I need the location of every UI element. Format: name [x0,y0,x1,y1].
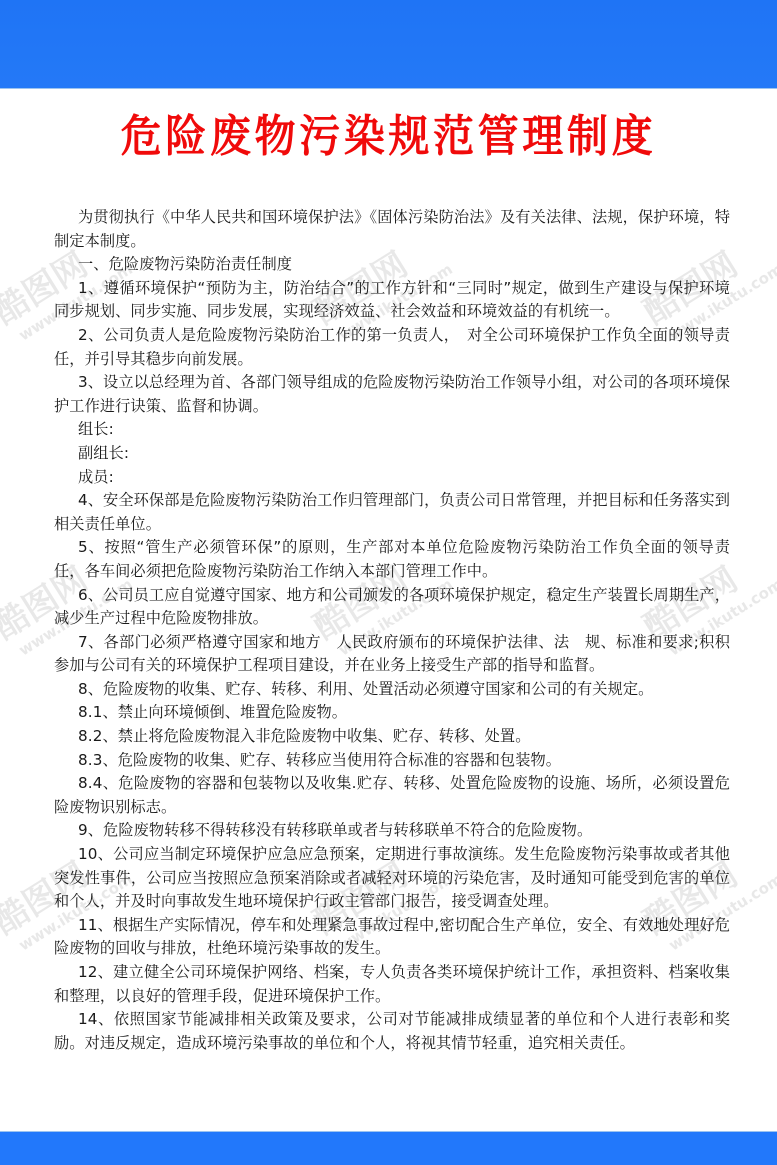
intro-paragraph: 为贯彻执行《中华人民共和国环境保护法》《固体污染防治法》及有关法律、法规，保护环… [54,206,730,253]
section-heading: 一、危险废物污染防治责任制度 [54,253,730,277]
document-body: 为贯彻执行《中华人民共和国环境保护法》《固体污染防治法》及有关法律、法规，保护环… [54,206,730,1055]
clause-3: 3、设立以总经理为首、各部门领导组成的危险废物污染防治工作领导小组，对公司的各项… [54,371,730,418]
clause-8-3: 8.3、危险废物的收集、贮存、转移应当使用符合标准的容器和包装物。 [54,749,730,773]
clause-10: 10、公司应当制定环境保护应急应急预案，定期进行事故演练。发生危险废物污染事故或… [54,843,730,914]
top-blue-band [0,0,777,89]
document-title: 危险废物污染规范管理制度 [27,100,750,164]
clause-2: 2、公司负责人是危险废物污染防治工作的第一负责人， 对全公司环境保护工作负全面的… [54,324,730,371]
deputy-leader-label: 副组长: [54,442,730,466]
clause-5: 5、按照“管生产必须管环保”的原则，生产部对本单位危险废物污染防治工作负全面的领… [54,536,730,583]
leader-label: 组长: [54,418,730,442]
clause-11: 11、根据生产实际情况，停车和处理紧急事故过程中,密切配合生产单位，安全、有效地… [54,914,730,961]
clause-8: 8、危险废物的收集、贮存、转移、利用、处置活动必须遵守国家和公司的有关规定。 [54,678,730,702]
clause-9: 9、危险废物转移不得转移没有转移联单或者与转移联单不符合的危险废物。 [54,819,730,843]
clause-8-1: 8.1、禁止向环境倾倒、堆置危险废物。 [54,701,730,725]
clause-1: 1、遵循环境保护“预防为主，防治结合”的工作方针和“三同时”规定，做到生产建设与… [54,277,730,324]
clause-8-2: 8.2、禁止将危险废物混入非危险废物中收集、贮存、转移、处置。 [54,725,730,749]
bottom-blue-band [0,1131,777,1165]
clause-4: 4、安全环保部是危险废物污染防治工作归管理部门，负责公司日常管理，并把目标和任务… [54,489,730,536]
members-label: 成员: [54,466,730,490]
clause-12: 12、建立健全公司环境保护网络、档案，专人负责各类环境保护统计工作，承担资料、档… [54,961,730,1008]
clause-14: 14、依照国家节能减排相关政策及要求，公司对节能减排成绩显著的单位和个人进行表彰… [54,1008,730,1055]
clause-7: 7、各部门必须严格遵守国家和地方 人民政府颁布的环境保护法律、法 规、标准和要求… [54,631,730,678]
clause-8-4: 8.4、危险废物的容器和包装物以及收集.贮存、转移、处置危险废物的设施、场所，必… [54,772,730,819]
clause-6: 6、公司员工应自觉遵守国家、地方和公司颁发的各项环境保护规定，稳定生产装置长周期… [54,584,730,631]
